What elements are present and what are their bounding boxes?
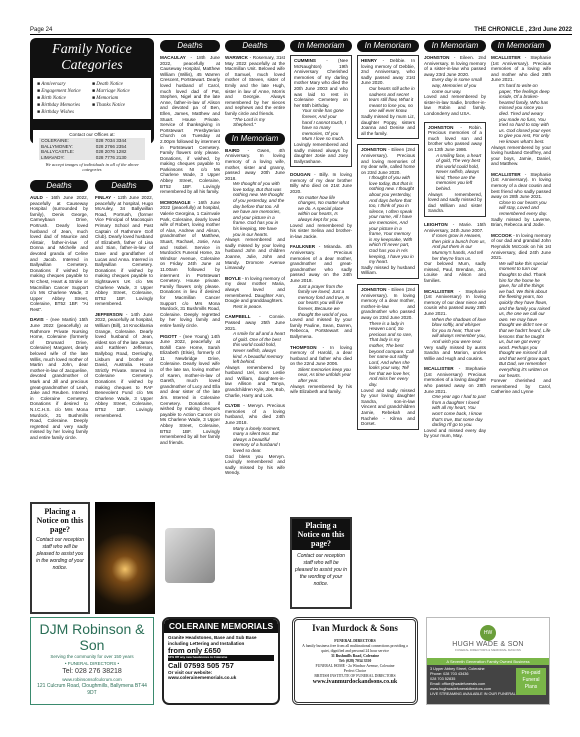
placing-notice-box: Placing a Notice on this page? Contact o… — [30, 502, 90, 614]
category-item: ■ Birthday Wishes — [37, 109, 92, 116]
memoriam-column-4: In Memoriam MCALLISTER - Stephanie (1st … — [491, 40, 551, 610]
memoriam-banner: In Memoriam — [424, 40, 486, 52]
notice: MACAULAY - 18th June 2022, peacefully at… — [160, 55, 220, 195]
accept-note: We accept images of individuals in all o… — [39, 162, 145, 173]
newspaper-title: THE CHRONICLE , 23rd June 2022 — [474, 27, 572, 33]
office-contacts: Contact our Offices at: COLERAINE:028 70… — [33, 130, 151, 177]
contact-heading: Contact our Offices at: — [39, 132, 145, 137]
deaths-memoriam-column: Deaths WARWICK - Rosemary, 31st May 2022… — [225, 40, 285, 612]
category-item: ■ Marriage Notice — [92, 88, 147, 95]
hugh-wade-ad: HWHUGH WADE & SONFUNERAL DIRECTORS & MEM… — [426, 617, 550, 705]
category-item: ■ Death Notice — [92, 81, 147, 88]
notice: BAIRD - Gwen, 4th Anniversary. In loving… — [225, 148, 285, 271]
murdock-ad: Ivan Murdock & Sons FUNERAL DIRECTORS A … — [292, 617, 418, 705]
deaths-column-2: Deaths FINLAY - 12th June 2022, peaceful… — [95, 180, 153, 480]
deaths-banner: Deaths — [30, 180, 88, 192]
notice: THOMPSON - In loving memory of Harold, a… — [290, 345, 352, 395]
bible-image — [165, 528, 215, 583]
notice: MCALLISTER - Stephanie (1st Anniversary)… — [491, 55, 551, 167]
notice: CAMPBELL - Connie. Passed away 25th June… — [225, 314, 285, 398]
family-notice-categories: Family NoticeCategories ■ Anniversary ■ … — [30, 38, 154, 144]
robinson-ad: DJM Robinson & Son Serving the community… — [30, 617, 154, 705]
deaths-banner: Deaths — [95, 180, 153, 192]
deaths-banner: Deaths — [225, 40, 285, 52]
candle-image — [95, 502, 155, 614]
notice: MCALLISTER - Stephanie (1st Anniversary)… — [491, 172, 551, 228]
notice: CUMMINS - (Nee McNaughton) 19th Annivers… — [290, 55, 352, 167]
placing-title: Placing a Notice on this page? — [35, 507, 85, 534]
category-item: ■ Birthday Memories — [37, 102, 92, 109]
category-list: ■ Anniversary ■ Death Notice ■ Engagemen… — [33, 78, 151, 119]
placing-body: Contact our reception staff who will be … — [35, 537, 85, 572]
notice: FAULKNER - Miranda. 4th Anniversary. Pre… — [290, 244, 352, 339]
placing-title: Placing a Notice on this page? — [292, 519, 350, 550]
placing-body: Contact our reception staff who will be … — [295, 553, 347, 588]
notice: JOHNSTON - Robin. Precious memories of a… — [424, 122, 486, 218]
category-item: ■ Memoriam — [92, 95, 147, 102]
notice: MCALLISTER - Stephanie (1st Anniversary)… — [424, 366, 486, 439]
category-item: ■ Anniversary — [37, 81, 92, 88]
memoriam-column-2: In Memoriam HENRY - Debbie. In loving me… — [357, 40, 419, 610]
memoriam-banner: In Memoriam — [491, 40, 551, 52]
page-header: Page 24 THE CHRONICLE , 23rd June 2022 — [30, 26, 572, 35]
notice: JEFFERSON - 14th June 2022, peacefully a… — [95, 312, 153, 418]
notice: MCCOOK - In loving memory of our dad and… — [491, 233, 551, 395]
memoriam-column-1: In Memoriam CUMMINS - (Nee McNaughton) 1… — [290, 40, 352, 510]
deaths-column-3: Deaths MACAULAY - 18th June 2022, peacef… — [160, 40, 220, 485]
notice: PIGOTT - (nee Young) 14th June 2022, pea… — [160, 334, 220, 446]
notice: HENRY - Debbie. In loving memory of Debb… — [357, 55, 419, 139]
category-item: ■ Thanks Notice — [92, 102, 147, 109]
notice: JOHNSTON - Eileen (2nd Anniversary). In … — [357, 284, 419, 430]
notice: WARWICK - Rosemary, 31st May 2022 peacef… — [225, 55, 285, 128]
office-table: COLERAINE:028 7034 3344 BALLYMONEY:028 2… — [39, 138, 145, 160]
notice: DAVIS - (nee Martin) 15th June 2022 (pea… — [30, 317, 88, 440]
category-item: ■ Engagement Notice — [37, 88, 92, 95]
notice: BOYLE - In loving memory of my dear moth… — [225, 276, 285, 310]
memoriam-banner: In Memoriam — [357, 40, 419, 52]
wade-logo: HW — [480, 625, 496, 641]
categories-title-2: Categories — [61, 58, 122, 73]
notice: LEIGHTON - Marie. 15th Anniversary, 24th… — [424, 222, 486, 284]
notice: JOHNSTON - Eileen (2nd Anniversary). Pre… — [357, 144, 419, 279]
notice: FINLAY - 12th June 2022, peacefully at h… — [95, 195, 153, 307]
notice: JOHNSTON - Eileen. 2nd Anniversary. In l… — [424, 55, 486, 117]
notice: CLYDE - Mervyn. Precious memories of a l… — [225, 403, 285, 476]
category-item: ■ Birth Notice — [37, 95, 92, 102]
notice: MCALLISTER - Stephanie (1st Anniversary)… — [424, 289, 486, 362]
placing-notice-box-2: Placing a Notice on this page? Contact o… — [290, 517, 352, 609]
deaths-banner: Deaths — [160, 40, 220, 52]
memoriam-banner: In Memoriam — [225, 133, 285, 145]
memoriam-column-3: In Memoriam JOHNSTON - Eileen. 2nd Anniv… — [424, 40, 486, 610]
categories-title: Family Notice — [52, 42, 132, 57]
notice: DOUGAN - Billy. In loving memory of my d… — [290, 172, 352, 239]
deaths-column-1: Deaths AULD - 16th June 2022, peacefully… — [30, 180, 88, 500]
page-number: Page 24 — [30, 27, 52, 33]
coleraine-memorials-ad: COLERAINE MEMORIALS Granite Headstones, … — [162, 617, 280, 705]
notice: AULD - 16th June 2022, peacefully at Cau… — [30, 195, 88, 312]
memoriam-banner: In Memoriam — [290, 40, 352, 52]
notice: MCMONAGLE - 16th June 2022 (peacefully) … — [160, 200, 220, 329]
